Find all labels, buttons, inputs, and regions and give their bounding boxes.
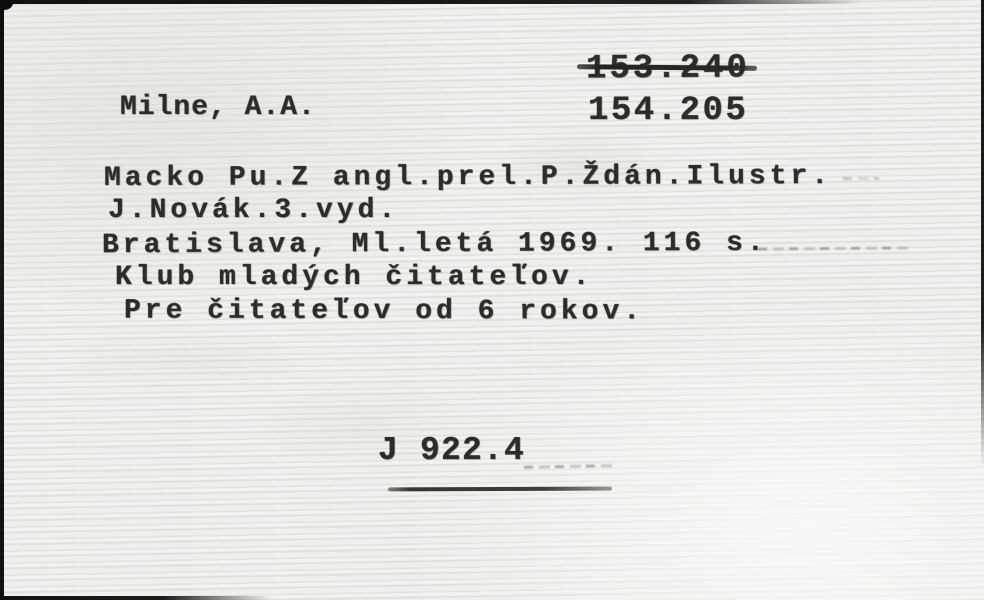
body-line: Bratislava, Ml.letá 1969. 116 s. bbox=[102, 230, 768, 260]
scan-edge-left bbox=[0, 0, 4, 600]
body-line: Klub mladých čitateľov. bbox=[115, 264, 593, 292]
shelf-call-number: J 922.4 bbox=[378, 434, 525, 467]
scan-edge-top bbox=[0, 0, 862, 4]
pencil-dashes bbox=[843, 177, 879, 180]
paper-stain bbox=[60, 330, 320, 390]
pencil-dashes bbox=[524, 464, 616, 469]
body-line: Macko Pu.Z angl.prel.P.Ždán.Ilustr. bbox=[104, 163, 832, 193]
scan-corner-mark bbox=[0, 0, 13, 10]
body-line: Pre čitateľov od 6 rokov. bbox=[124, 298, 644, 327]
body-line: J.Novák.3.vyd. bbox=[108, 197, 399, 225]
pencil-dashes bbox=[758, 246, 908, 250]
scan-edge-bottom bbox=[0, 596, 272, 600]
shelf-number-underline bbox=[388, 487, 612, 492]
new-call-number: 154.205 bbox=[588, 94, 748, 128]
author-heading: Milne, A.A. bbox=[120, 94, 316, 122]
catalog-card: Milne, A.A. 153.240 154.205 Macko Pu.Z a… bbox=[0, 0, 984, 600]
